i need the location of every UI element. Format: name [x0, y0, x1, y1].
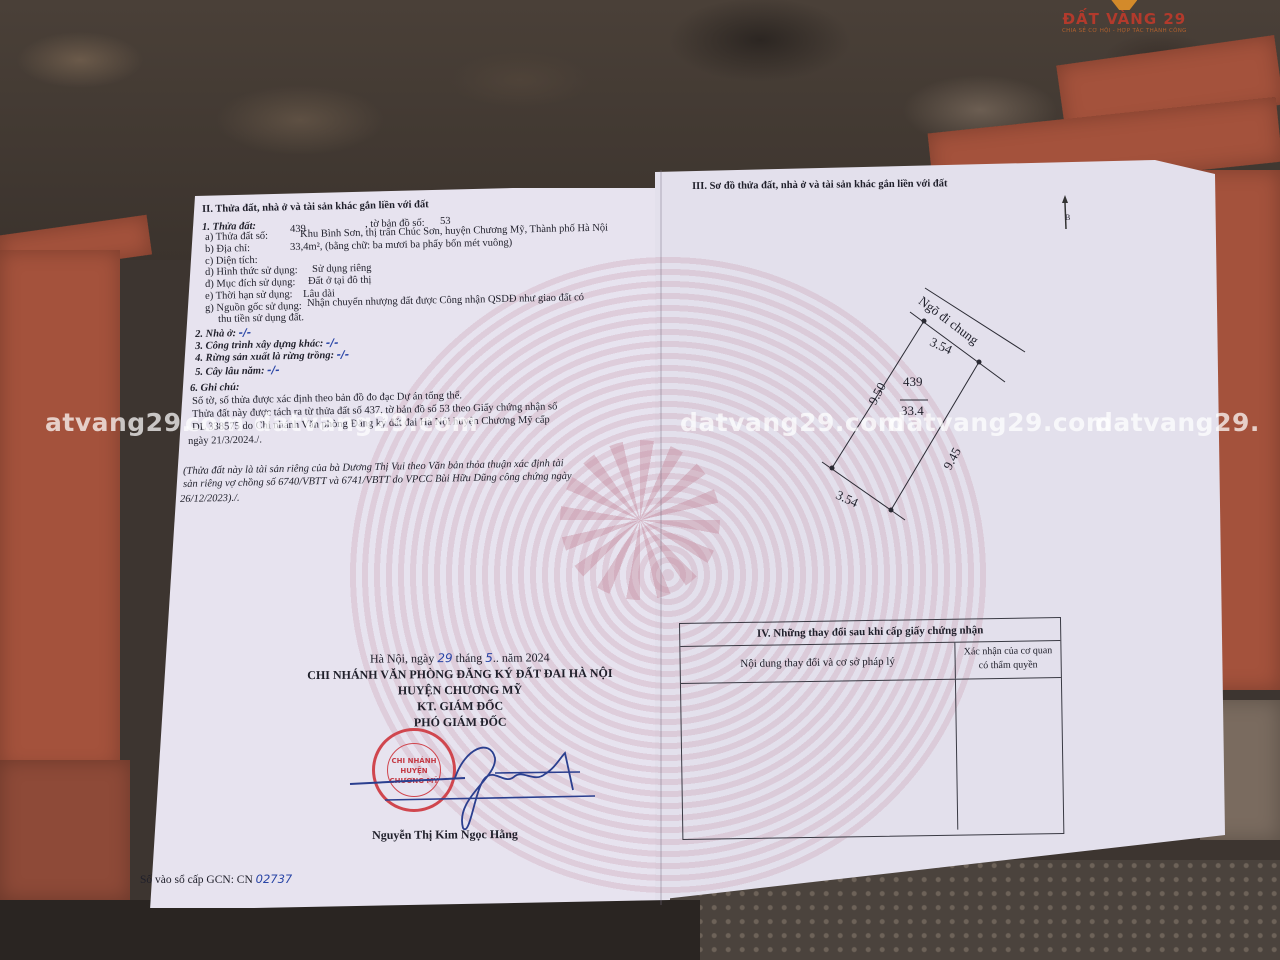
signer-name: Nguyễn Thị Kim Ngọc Hằng: [372, 827, 518, 843]
usage-form-label: d) Hình thức sử dụng:: [205, 265, 298, 278]
usage-term-label: e) Thời hạn sử dụng:: [205, 289, 293, 302]
registry-number: 02737: [256, 872, 293, 886]
item-value: -/-: [267, 364, 280, 376]
date-day: 29: [437, 651, 452, 665]
usage-form-value: Sử dụng riêng: [312, 263, 372, 275]
date-prefix: Hà Nội, ngày: [370, 651, 434, 665]
item-label: 2. Nhà ở:: [195, 328, 236, 340]
usage-purpose-label: đ) Mục đích sử dụng:: [205, 277, 295, 290]
watermark-text: com datvang29.com: [185, 408, 478, 437]
issuing-office: CHI NHÁNH VĂN PHÒNG ĐĂNG KÝ ĐẤT ĐAI HÀ N…: [280, 665, 640, 684]
parcel-number: 439: [903, 374, 923, 390]
page-fold: [660, 170, 662, 905]
date-year: năm 2024: [502, 650, 550, 664]
watermark-strip: atvang29. com datvang29.com datvang29.co…: [0, 408, 1280, 442]
column-header-line: Xác nhận của cơ quan: [955, 644, 1060, 660]
change-content-cell: [681, 680, 958, 834]
handwritten-signature: [345, 728, 605, 838]
brand-logo: ĐẤT VÀNG 29 CHIA SẺ CƠ HỘI - HỢP TÁC THÀ…: [1062, 10, 1187, 34]
usage-origin-value-cont: thu tiền sử dụng đất.: [218, 312, 304, 325]
registry-label: Số vào sổ cấp GCN: CN: [140, 874, 253, 886]
land-use-certificate: II. Thửa đất, nhà ở và tài sản khác gắn …: [0, 0, 1280, 960]
item-label: 5. Cây lâu năm:: [195, 366, 265, 378]
logo-slogan: CHIA SẺ CƠ HỘI - HỢP TÁC THÀNH CÔNG: [1062, 28, 1187, 34]
changes-table: IV. Những thay đổi sau khi cấp giấy chứn…: [679, 617, 1064, 840]
item-value: -/-: [337, 349, 350, 361]
item-value: -/-: [239, 327, 252, 339]
address-label: b) Địa chỉ:: [205, 243, 250, 255]
date-month: 5: [485, 651, 493, 665]
watermark-text: datvang29.com: [888, 408, 1112, 437]
north-arrow-label: B: [1065, 213, 1070, 222]
parcel-number-label: a) Thửa đất số:: [205, 231, 268, 243]
item-perennial-trees: 5. Cây lâu năm: -/-: [195, 364, 280, 378]
registry-number-row: Số vào sổ cấp GCN: CN 02737: [140, 872, 292, 886]
column-header-line: có thẩm quyền: [956, 658, 1061, 674]
usage-purpose-value: Đất ở tại đô thị: [308, 275, 372, 287]
logo-name: ĐẤT VÀNG 29: [1062, 10, 1187, 28]
watermark-text: datvang29.com: [680, 408, 904, 437]
column-authority-confirmation: Xác nhận của cơ quan có thẩm quyền: [955, 641, 1061, 679]
changes-table-header: Nội dung thay đổi và cơ sở pháp lý Xác n…: [680, 641, 1061, 684]
private-note-line-3: 26/12/2023)./.: [180, 493, 240, 505]
date-month-label: tháng: [456, 651, 483, 665]
notes-heading: 6. Ghi chú:: [190, 382, 240, 394]
item-value: -/-: [326, 337, 339, 349]
column-change-content: Nội dung thay đổi và cơ sở pháp lý: [680, 643, 956, 683]
watermark-text: atvang29.: [45, 408, 191, 437]
watermark-text: datvang29.: [1095, 408, 1260, 437]
drum-star-pattern: [560, 440, 720, 600]
changes-table-body: [681, 678, 1063, 834]
signature-block: Hà Nội, ngày 29 tháng 5.. năm 2024 CHI N…: [280, 649, 641, 732]
